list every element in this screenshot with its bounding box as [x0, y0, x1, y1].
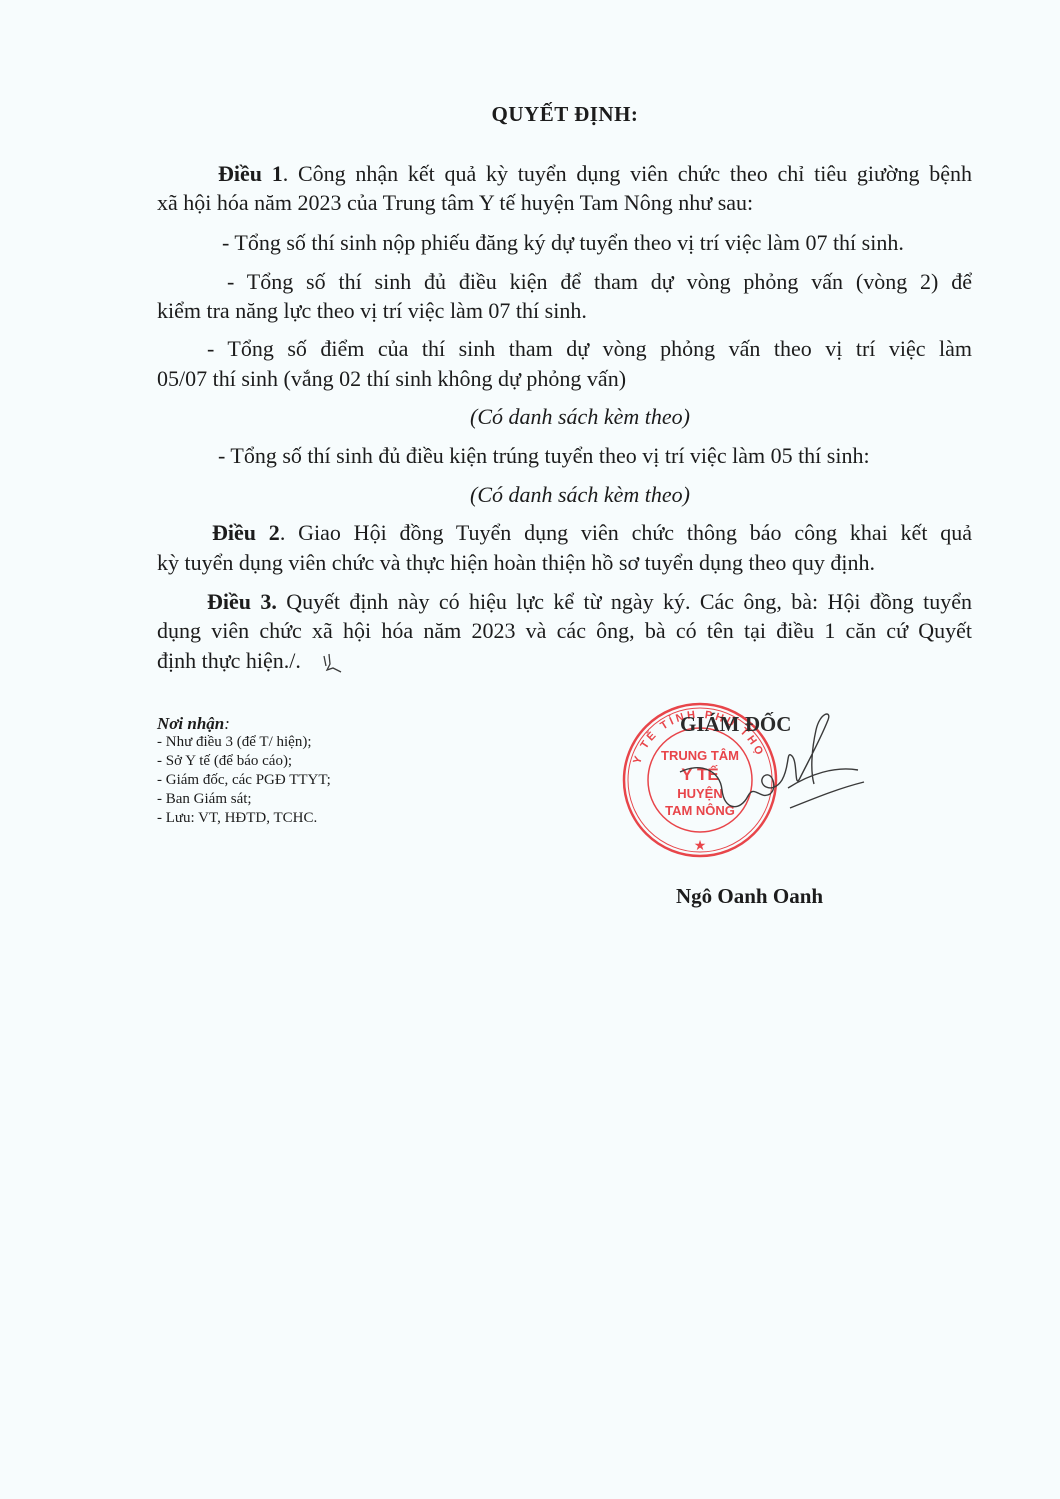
bullet-4: - Tổng số thí sinh đủ điều kiện trúng tu…	[218, 445, 870, 467]
recipient-item: - Lưu: VT, HĐTD, TCHC.	[157, 809, 331, 828]
article3-line3: định thực hiện./.	[157, 650, 301, 672]
bullet-1: - Tổng số thí sinh nộp phiếu đăng ký dự …	[222, 232, 904, 254]
article1-line2: xã hội hóa năm 2023 của Trung tâm Y tế h…	[157, 192, 753, 214]
document-page: QUYẾT ĐỊNH: Điều 1. Công nhận kết quả kỳ…	[0, 0, 1060, 1499]
article3-label: Điều 3.	[207, 589, 277, 614]
article2-line1: Điều 2. Giao Hội đồng Tuyển dụng viên ch…	[157, 522, 972, 544]
article2-line2: kỳ tuyển dụng viên chức và thực hiện hoà…	[157, 552, 875, 574]
signature-scribble-icon	[660, 700, 880, 850]
article2-label: Điều 2	[212, 520, 280, 545]
article2-text: . Giao Hội đồng Tuyển dụng viên chức thô…	[280, 520, 972, 545]
recipient-item: - Giám đốc, các PGĐ TTYT;	[157, 771, 331, 790]
recipients-header: Nơi nhận:	[157, 714, 331, 733]
attachment-note-2: (Có danh sách kèm theo)	[470, 484, 690, 506]
article3-line2: dụng viên chức xã hội hóa năm 2023 và cá…	[157, 620, 972, 642]
attachment-note-1: (Có danh sách kèm theo)	[470, 406, 690, 428]
article3-line1: Điều 3. Quyết định này có hiệu lực kể từ…	[157, 591, 972, 613]
recipients-block: Nơi nhận: - Như điều 3 (để T/ hiện); - S…	[157, 714, 331, 828]
recipients-header-colon: :	[224, 714, 230, 733]
recipient-item: - Ban Giám sát;	[157, 790, 331, 809]
article3-text: Quyết định này có hiệu lực kể từ ngày ký…	[277, 589, 972, 614]
bullet-3-text: - Tổng số điểm của thí sinh tham dự vòng…	[207, 336, 972, 361]
recipients-header-text: Nơi nhận	[157, 714, 224, 733]
bullet-2-line2: kiểm tra năng lực theo vị trí việc làm 0…	[157, 300, 587, 322]
article1-text: . Công nhận kết quả kỳ tuyển dụng viên c…	[283, 161, 972, 186]
bullet-3-line2: 05/07 thí sinh (vắng 02 thí sinh không d…	[157, 368, 626, 390]
bullet-3-line1: - Tổng số điểm của thí sinh tham dự vòng…	[157, 338, 972, 360]
bullet-2-text: - Tổng số thí sinh đủ điều kiện để tham …	[227, 269, 972, 294]
initials-mark-icon	[321, 652, 347, 676]
article1-line1: Điều 1. Công nhận kết quả kỳ tuyển dụng …	[157, 163, 972, 185]
recipient-item: - Sở Y tế (để báo cáo);	[157, 752, 331, 771]
recipient-item: - Như điều 3 (để T/ hiện);	[157, 733, 331, 752]
article1-label: Điều 1	[218, 161, 283, 186]
page-title: QUYẾT ĐỊNH:	[0, 102, 1060, 127]
bullet-2-line1: - Tổng số thí sinh đủ điều kiện để tham …	[157, 271, 972, 293]
signer-name: Ngô Oanh Oanh	[676, 884, 823, 909]
